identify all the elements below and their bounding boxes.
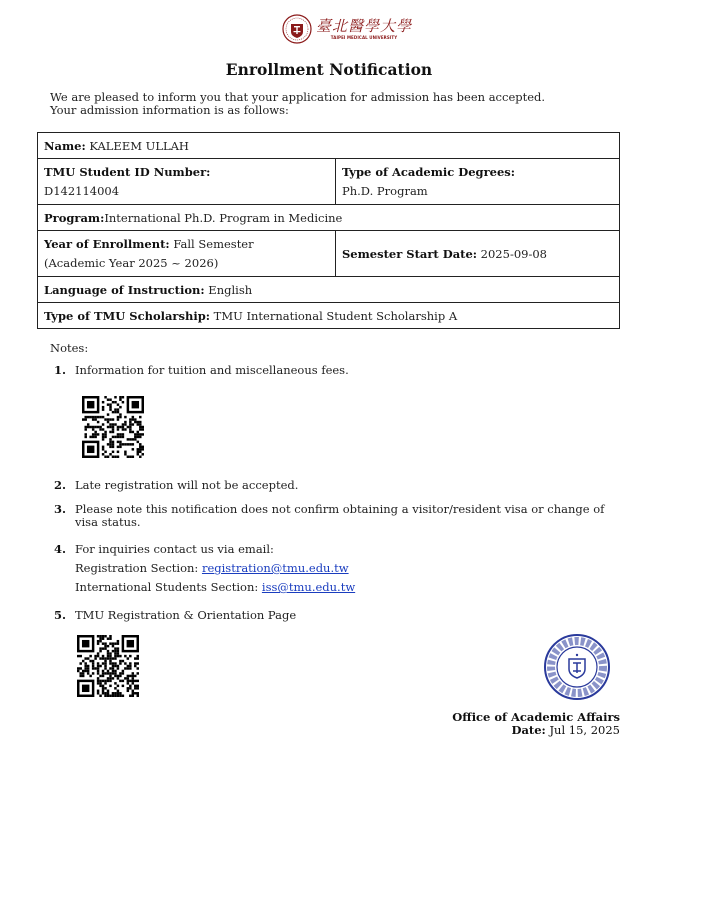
iss-section-label: International Students Section: bbox=[75, 580, 262, 594]
degree-cell: Type of Academic Degrees: Ph.D. Program bbox=[336, 159, 620, 205]
note-item-5: 5. TMU Registration & Orientation Page bbox=[54, 609, 614, 622]
program-label: Program: bbox=[44, 211, 104, 225]
registration-contact: Registration Section: registration@tmu.e… bbox=[75, 562, 614, 575]
table-row: TMU Student ID Number: D142114004 Type o… bbox=[38, 159, 620, 205]
note-text: TMU Registration & Orientation Page bbox=[75, 609, 614, 622]
note-text: Please note this notification does not c… bbox=[75, 503, 614, 529]
intro-line-2: Your admission information is as follows… bbox=[50, 104, 630, 117]
start-date-cell: Semester Start Date: 2025-09-08 bbox=[336, 231, 620, 277]
logo-english-name: TAIPEI MEDICAL UNIVERSITY bbox=[331, 35, 398, 41]
date-label: Date: bbox=[511, 723, 545, 737]
issue-date: Date: Jul 15, 2025 bbox=[452, 724, 620, 737]
language-label: Language of Instruction: bbox=[44, 283, 205, 297]
enrollment-value: Fall Semester bbox=[173, 237, 253, 251]
table-row: Type of TMU Scholarship: TMU Internation… bbox=[38, 303, 620, 329]
name-cell: Name: KALEEM ULLAH bbox=[38, 133, 620, 159]
table-row: Language of Instruction: English bbox=[38, 277, 620, 303]
logo-chinese-name: 臺北醫學大學 bbox=[316, 17, 412, 35]
note-number: 4. bbox=[54, 543, 75, 594]
signature-block: Office of Academic Affairs Date: Jul 15,… bbox=[452, 711, 620, 737]
scholarship-cell: Type of TMU Scholarship: TMU Internation… bbox=[38, 303, 620, 329]
scholarship-label: Type of TMU Scholarship: bbox=[44, 309, 210, 323]
note-number: 5. bbox=[54, 609, 75, 622]
iss-contact: International Students Section: iss@tmu.… bbox=[75, 581, 614, 594]
program-value: International Ph.D. Program in Medicine bbox=[104, 211, 342, 225]
name-label: Name: bbox=[44, 139, 86, 153]
start-date-value: 2025-09-08 bbox=[481, 247, 547, 261]
university-logo: 臺北醫學大學 TAIPEI MEDICAL UNIVERSITY bbox=[282, 13, 412, 45]
language-cell: Language of Instruction: English bbox=[38, 277, 620, 303]
note-item-4: 4. For inquiries contact us via email: R… bbox=[54, 543, 614, 594]
enrollment-label: Year of Enrollment: bbox=[44, 237, 170, 251]
intro-text: We are pleased to inform you that your a… bbox=[50, 91, 630, 117]
note-text: For inquiries contact us via email: bbox=[75, 542, 274, 556]
student-id-cell: TMU Student ID Number: D142114004 bbox=[38, 159, 336, 205]
scholarship-value: TMU International Student Scholarship A bbox=[214, 309, 458, 323]
university-seal-icon bbox=[282, 14, 312, 44]
note-number: 1. bbox=[54, 364, 75, 377]
notes-title: Notes: bbox=[50, 341, 88, 355]
student-id-label: TMU Student ID Number: bbox=[44, 165, 210, 179]
table-row: Year of Enrollment: Fall Semester (Acade… bbox=[38, 231, 620, 277]
note-text: Information for tuition and miscellaneou… bbox=[75, 364, 614, 377]
iss-email-link[interactable]: iss@tmu.edu.tw bbox=[262, 580, 355, 594]
note-item-3: 3. Please note this notification does no… bbox=[54, 503, 614, 529]
registration-section-label: Registration Section: bbox=[75, 561, 202, 575]
note-item-1: 1. Information for tuition and miscellan… bbox=[54, 364, 614, 377]
table-row: Name: KALEEM ULLAH bbox=[38, 133, 620, 159]
enrollment-cell: Year of Enrollment: Fall Semester (Acade… bbox=[38, 231, 336, 277]
page-title: Enrollment Notification bbox=[0, 60, 658, 79]
degree-value: Ph.D. Program bbox=[342, 184, 613, 198]
registration-email-link[interactable]: registration@tmu.edu.tw bbox=[202, 561, 349, 575]
language-value: English bbox=[208, 283, 252, 297]
date-value: Jul 15, 2025 bbox=[549, 723, 620, 737]
degree-label: Type of Academic Degrees: bbox=[342, 165, 515, 179]
table-row: Program:International Ph.D. Program in M… bbox=[38, 205, 620, 231]
note-number: 3. bbox=[54, 503, 75, 529]
qr-code-icon[interactable] bbox=[77, 635, 139, 697]
student-id-value: D142114004 bbox=[44, 184, 329, 198]
note-text: Late registration will not be accepted. bbox=[75, 479, 614, 492]
program-cell: Program:International Ph.D. Program in M… bbox=[38, 205, 620, 231]
qr-code-icon[interactable] bbox=[82, 396, 144, 458]
start-date-label: Semester Start Date: bbox=[342, 247, 477, 261]
enrollment-academic-year: (Academic Year 2025 ~ 2026) bbox=[44, 256, 329, 270]
admission-info-table: Name: KALEEM ULLAH TMU Student ID Number… bbox=[37, 132, 620, 329]
registration-section-stamp-icon bbox=[543, 633, 611, 701]
note-item-2: 2. Late registration will not be accepte… bbox=[54, 479, 614, 492]
name-value: KALEEM ULLAH bbox=[89, 139, 189, 153]
note-number: 2. bbox=[54, 479, 75, 492]
